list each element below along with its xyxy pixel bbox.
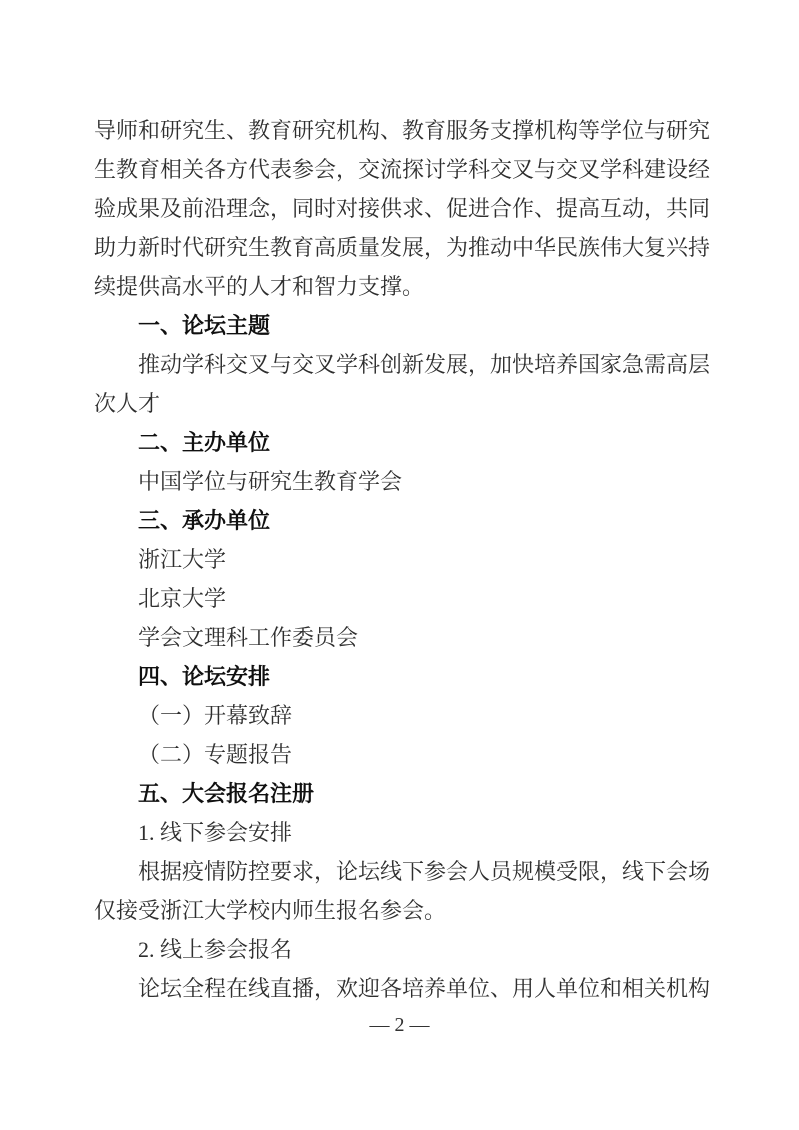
paragraph-offline-attendance-title: 1. 线下参会安排 — [94, 813, 710, 852]
section-heading-forum-schedule: 四、论坛安排 — [94, 657, 710, 696]
paragraph-online-registration-detail: 论坛全程在线直播，欢迎各培养单位、用人单位和相关机构 — [94, 969, 710, 1008]
paragraph-intro-continuation: 导师和研究生、教育研究机构、教育服务支撑机构等学位与研究生教育相关各方代表参会，… — [94, 111, 710, 306]
paragraph-organizer-zhejiang-university: 浙江大学 — [94, 540, 710, 579]
section-heading-organizer-unit: 三、承办单位 — [94, 501, 710, 540]
paragraph-organizer-committee: 学会文理科工作委员会 — [94, 618, 710, 657]
paragraph-host-unit: 中国学位与研究生教育学会 — [94, 462, 710, 501]
paragraph-schedule-opening-speech: （一）开幕致辞 — [94, 696, 710, 735]
section-heading-registration: 五、大会报名注册 — [94, 774, 710, 813]
page-number: — 2 — — [0, 1012, 799, 1038]
section-heading-host-unit: 二、主办单位 — [94, 423, 710, 462]
paragraph-forum-theme: 推动学科交叉与交叉学科创新发展，加快培养国家急需高层次人才 — [94, 345, 710, 423]
paragraph-online-registration-title: 2. 线上参会报名 — [94, 930, 710, 969]
document-body: 导师和研究生、教育研究机构、教育服务支撑机构等学位与研究生教育相关各方代表参会，… — [94, 111, 710, 1008]
paragraph-schedule-keynote-reports: （二）专题报告 — [94, 735, 710, 774]
document-page: 导师和研究生、教育研究机构、教育服务支撑机构等学位与研究生教育相关各方代表参会，… — [0, 0, 799, 1130]
paragraph-offline-attendance-detail: 根据疫情防控要求，论坛线下参会人员规模受限，线下会场仅接受浙江大学校内师生报名参… — [94, 852, 710, 930]
section-heading-forum-theme: 一、论坛主题 — [94, 306, 710, 345]
paragraph-organizer-peking-university: 北京大学 — [94, 579, 710, 618]
